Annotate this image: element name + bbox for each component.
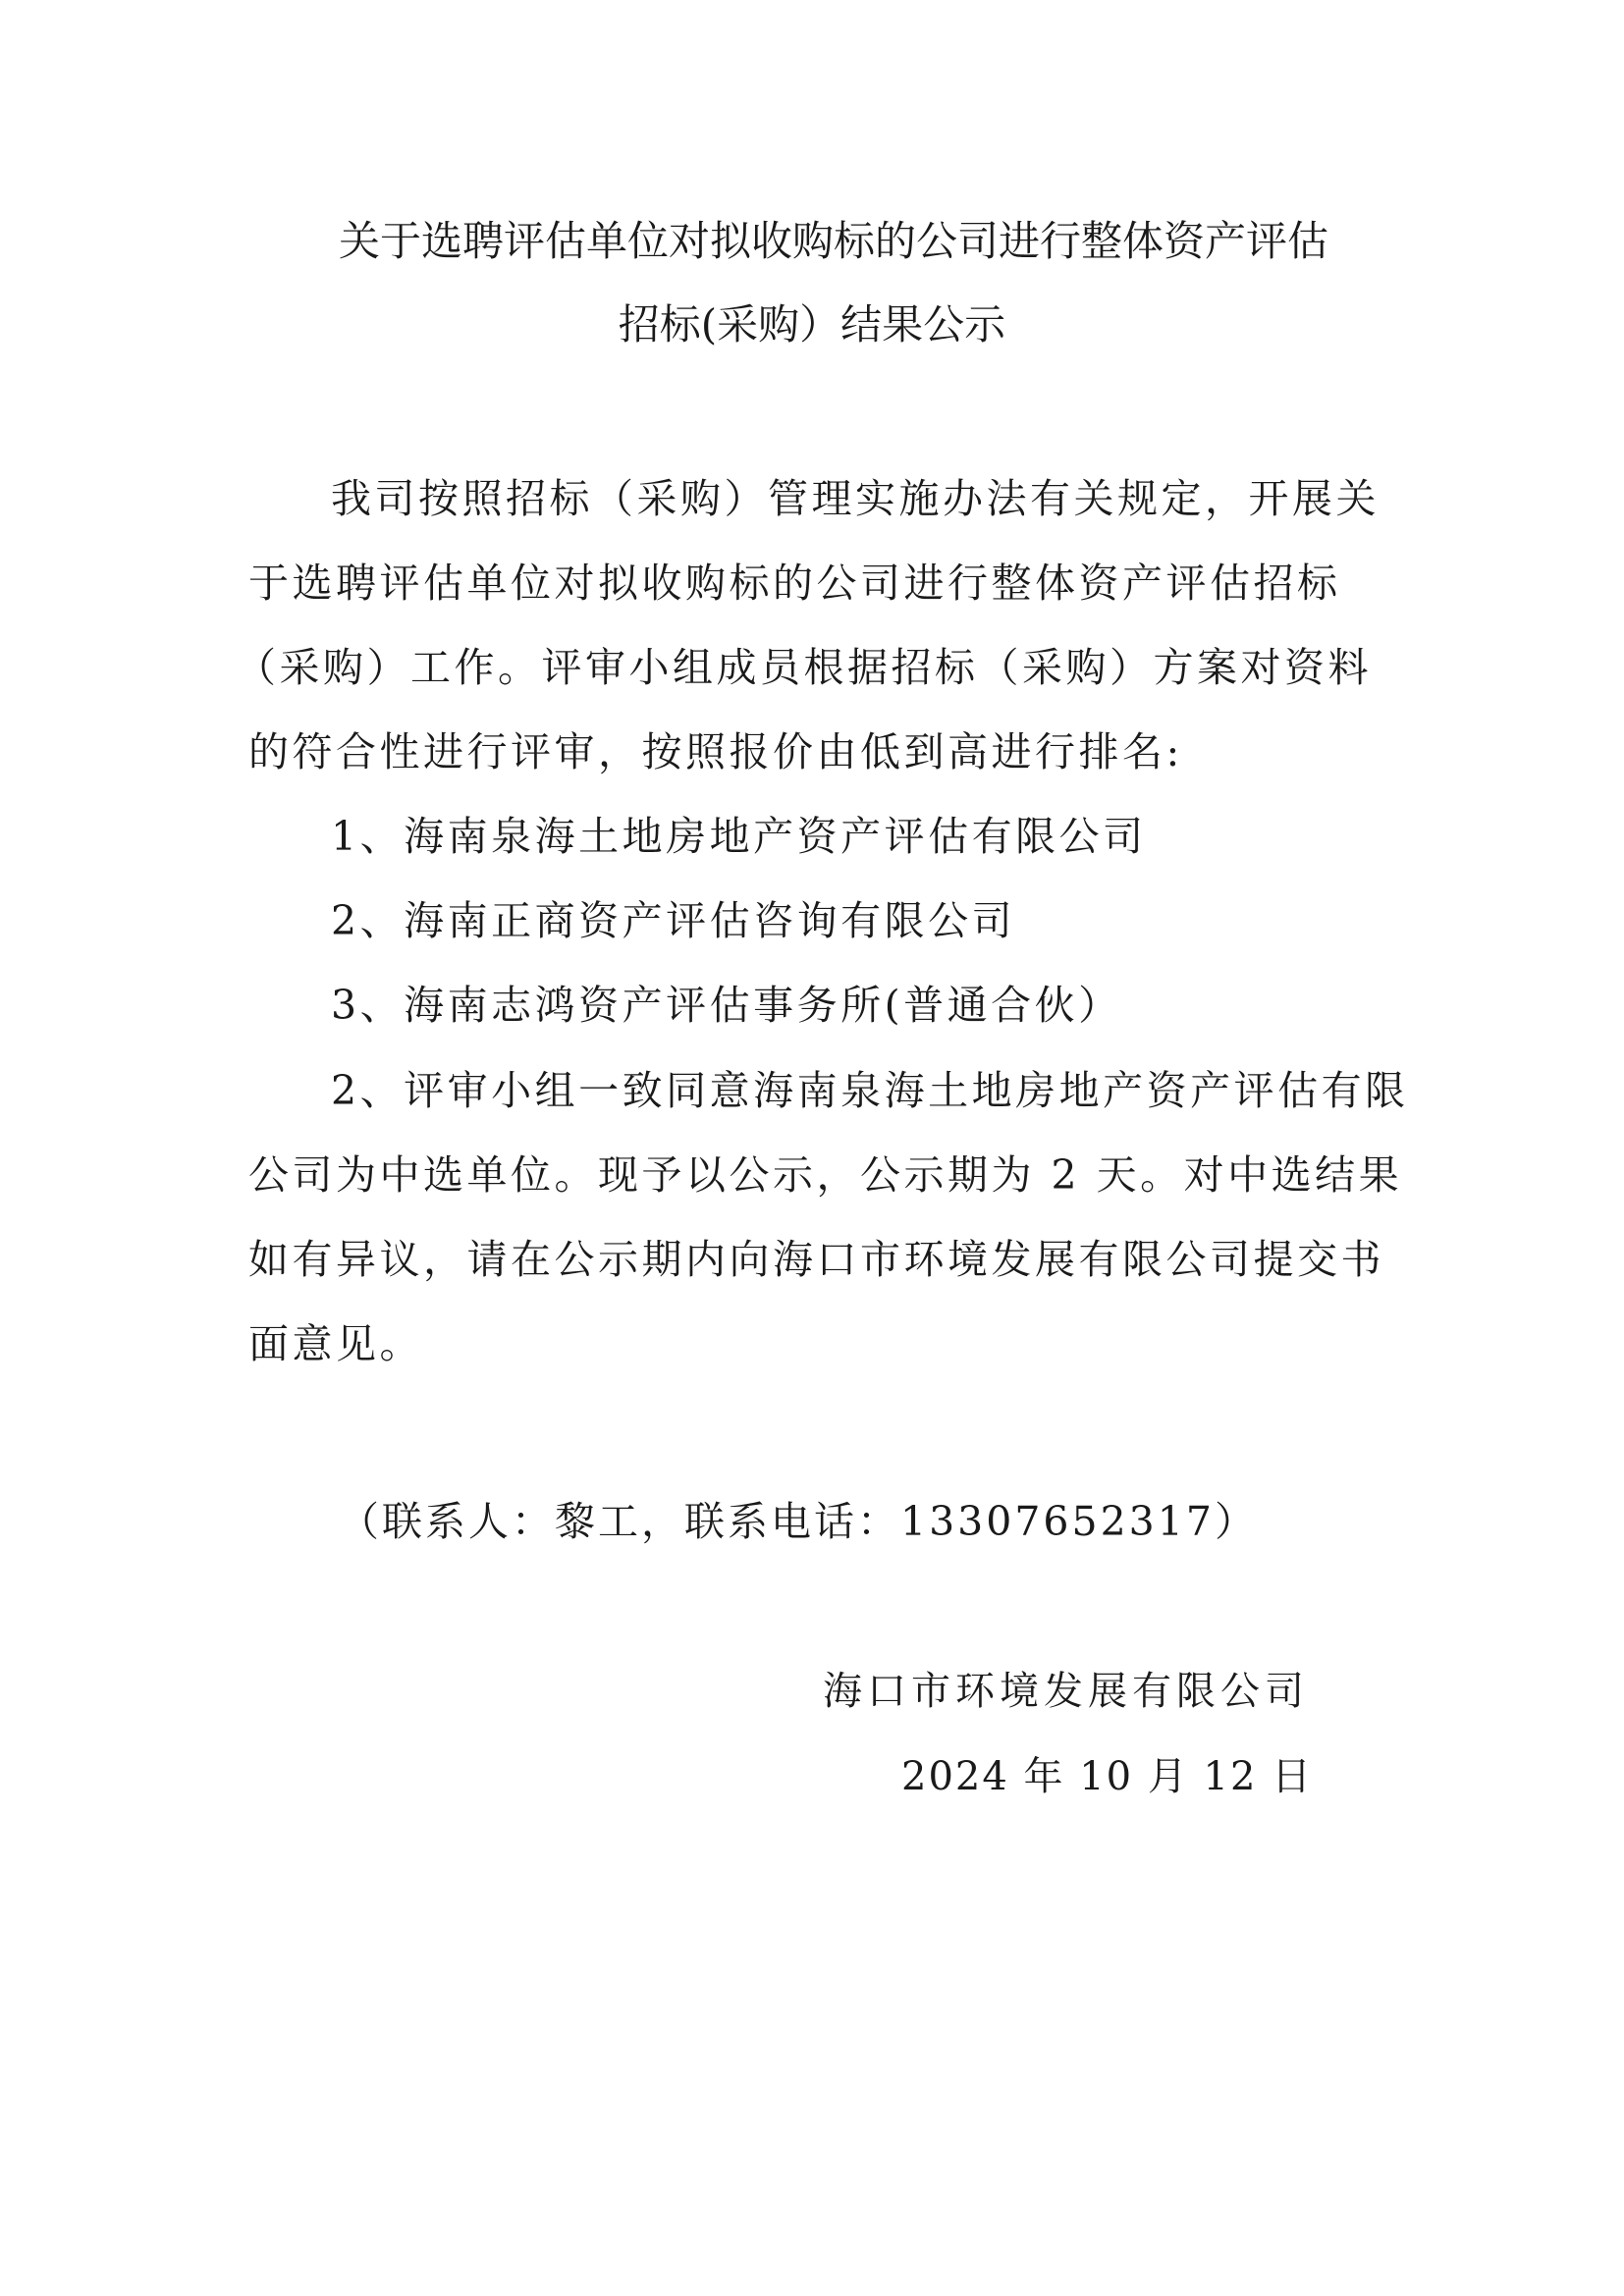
ranking-item: 2、海南正商资产评估咨询有限公司 (331, 901, 1460, 941)
result-line: 公司为中选单位。现予以公示，公示期为 2 天。对中选结果 (248, 1155, 1378, 1196)
intro-line: 于选聘评估单位对拟收购标的公司进行整体资产评估招标 (248, 563, 1378, 604)
result-line: 如有异议，请在公示期内向海口市环境发展有限公司提交书 (248, 1240, 1378, 1280)
ranking-item: 3、海南志鸿资产评估事务所(普通合伙） (331, 986, 1460, 1026)
intro-line: 我司按照招标（采购）管理实施办法有关规定，开展关 (331, 479, 1460, 519)
contact-info: （联系人：黎工，联系电话：13307652317） (339, 1502, 1258, 1542)
document-page: 关于选聘评估单位对拟收购标的公司进行整体资产评估 招标(采购）结果公示 我司按照… (0, 0, 1624, 2296)
document-title-line-2: 招标(采购）结果公示 (0, 304, 1624, 346)
signature-company: 海口市环境发展有限公司 (823, 1672, 1309, 1711)
intro-line: 的符合性进行评审，按照报价由低到高进行排名: (248, 732, 1378, 773)
signature-date: 2024 年 10 月 12 日 (901, 1757, 1313, 1796)
result-line: 面意见。 (248, 1324, 1378, 1364)
document-title-line-1: 关于选聘评估单位对拟收购标的公司进行整体资产评估 (22, 221, 1624, 262)
result-line: 2、评审小组一致同意海南泉海土地房地产资产评估有限 (331, 1071, 1460, 1111)
ranking-item: 1、海南泉海土地房地产资产评估有限公司 (331, 817, 1460, 857)
intro-line: （采购）工作。评审小组成员根据招标（采购）方案对资料 (236, 648, 1365, 688)
